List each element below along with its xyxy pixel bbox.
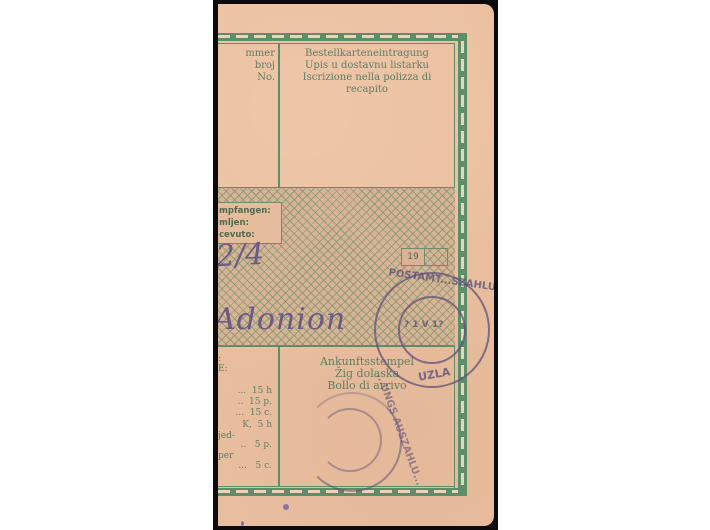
inner-rule-top (218, 43, 455, 44)
frame-dash-right (461, 41, 464, 489)
postmark-inner-ring (398, 296, 466, 364)
ink-spot (283, 504, 289, 510)
frame-dash-top (218, 35, 458, 38)
received-label-german: mpfangen: (219, 205, 281, 217)
ink-spot (241, 521, 244, 526)
year-field: 19 (401, 248, 425, 266)
postal-form-card: mmer broj No. Bestellkarteneintragung Up… (218, 4, 494, 526)
fee-line: K, 5 h (218, 420, 272, 431)
header-line-italian-cont: recapito (280, 84, 454, 96)
fee-line: E: (218, 364, 228, 375)
left-header-line: No. (218, 72, 275, 84)
left-header-line: mmer (218, 48, 275, 60)
handwritten-signature: Adonion (218, 302, 346, 337)
handwritten-date: 2/4 (218, 237, 265, 274)
delivery-register-header: Bestellkarteneintragung Upis u dostavnu … (280, 48, 454, 96)
postmark2-inner-ring (318, 408, 382, 472)
header-line-german: Bestellkarteneintragung (280, 48, 454, 60)
received-label-croatian: mljen: (219, 217, 281, 229)
fee-line: ... 15 h (218, 386, 272, 397)
fee-line: .. 5 p. (218, 440, 272, 451)
frame-dash-bottom (218, 490, 458, 493)
header-line-croatian: Upis u dostavnu listarku (280, 60, 454, 72)
postmark-date: ? 1 V 1? (404, 320, 443, 330)
left-header-line: broj (218, 60, 275, 72)
year-field-blank (424, 248, 448, 266)
fee-line: ... 15 c. (218, 408, 272, 419)
left-header: mmer broj No. (218, 48, 275, 84)
header-line-italian: Iscrizione nella polizza di (280, 72, 454, 84)
fee-line: .. 15 p. (218, 397, 272, 408)
fee-line: ... 5 c. (218, 461, 272, 472)
